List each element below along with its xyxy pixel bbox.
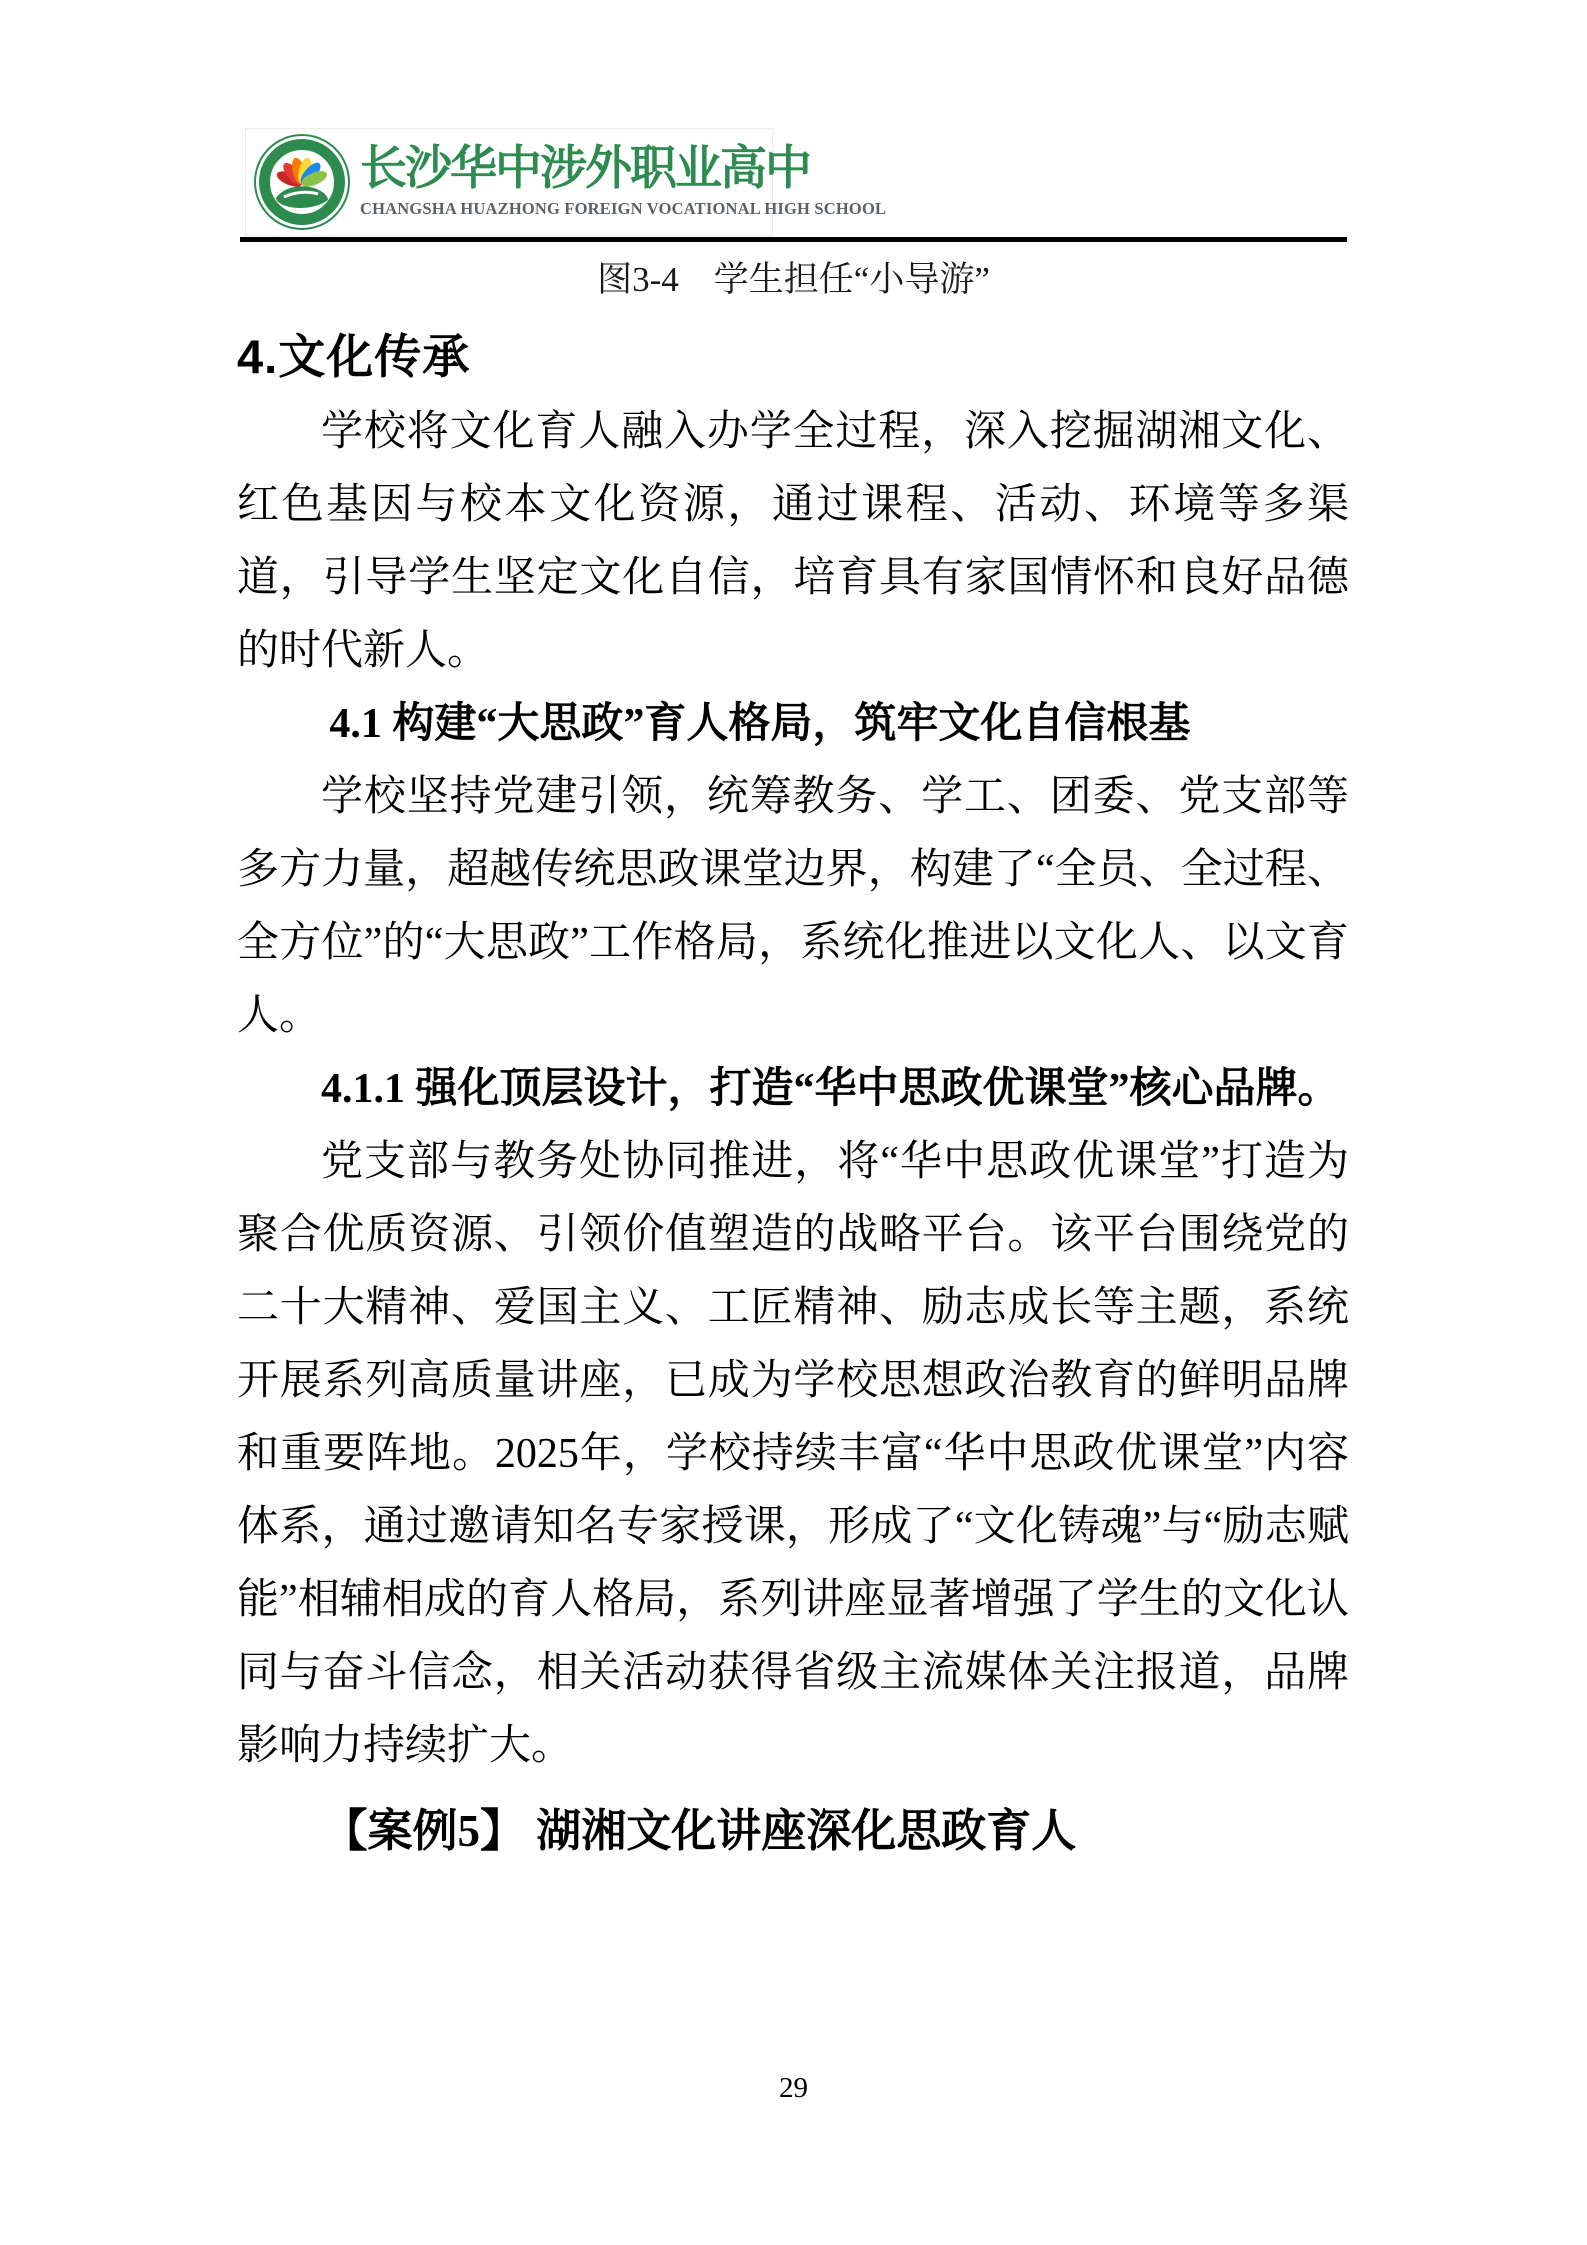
hand-leaf-icon	[274, 184, 330, 210]
section-4-1-heading: 4.1 构建“大思政”育人格局，筑牢文化自信根基	[237, 688, 1349, 761]
page-number: 29	[0, 2072, 1587, 2105]
section-4-1-1-heading: 4.1.1 强化顶层设计，打造“华中思政优课堂”核心品牌。	[237, 1053, 1349, 1126]
school-name-zh: 长沙华中涉外职业高中	[360, 145, 886, 194]
school-logo-text: 长沙华中涉外职业高中 CHANGSHA HUAZHONG FOREIGN VOC…	[360, 145, 886, 219]
section-4-heading: 4.文化传承	[237, 318, 1349, 396]
header-divider	[240, 237, 1347, 242]
main-text-column: 4.文化传承 学校将文化育人融入办学全过程，深入挖掘湖湘文化、红色基因与校本文化…	[237, 318, 1349, 1873]
school-logo: 长沙华中涉外职业高中 CHANGSHA HUAZHONG FOREIGN VOC…	[245, 128, 773, 236]
paragraph-culture-intro: 学校将文化育人融入办学全过程，深入挖掘湖湘文化、红色基因与校本文化资源，通过课程…	[237, 396, 1349, 688]
figure-caption: 图3-4 学生担任“小导游”	[240, 256, 1347, 304]
school-name-en: CHANGSHA HUAZHONG FOREIGN VOCATIONAL HIG…	[360, 199, 886, 219]
paragraph-youketang: 党支部与教务处协同推进，将“华中思政优课堂”打造为聚合优质资源、引领价值塑造的战…	[237, 1126, 1349, 1783]
document-page: 长沙华中涉外职业高中 CHANGSHA HUAZHONG FOREIGN VOC…	[0, 0, 1587, 2245]
case-5-heading: 【案例5】 湖湘文化讲座深化思政育人	[237, 1789, 1349, 1873]
school-emblem-icon	[254, 134, 350, 230]
paragraph-dasizheng: 学校坚持党建引领，统筹教务、学工、团委、党支部等多方力量，超越传统思政课堂边界，…	[237, 761, 1349, 1053]
